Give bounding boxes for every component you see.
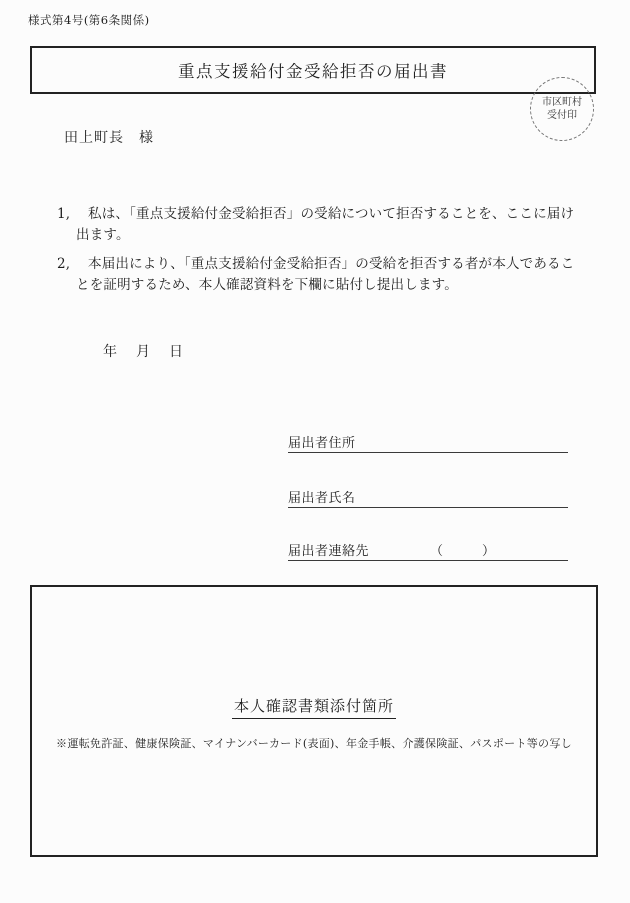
date-month-label: 月 [136,341,150,361]
clause-2-text: 本届出により、「重点支援給付金受給拒否」の受給を拒否する者が本人であるこ [88,254,574,275]
attachment-box: 本人確認書類添付箇所 ※運転免許証、健康保険証、マイナンバーカード(表面)、年金… [30,585,598,857]
clause-1-text: 私は、「重点支援給付金受給拒否」の受給について拒否することを、ここに届け [88,204,574,225]
declarant-contact-label: 届出者連絡先 [288,540,369,559]
declarant-name-label: 届出者氏名 [288,487,356,506]
title-box: 重点支援給付金受給拒否の届出書 [30,46,596,94]
clause-1-line-2: 出ます。 [57,225,575,246]
stamp-text-line2: 受付印 [547,109,577,122]
field-declarant-address: 届出者住所 [288,434,568,453]
clause-2: 2, 本届出により、「重点支援給付金受給拒否」の受給を拒否する者が本人であるこ … [57,254,575,296]
date-line: 年 月 日 [103,341,213,359]
date-day-label: 日 [169,341,183,361]
attachment-heading: 本人確認書類添付箇所 [232,695,396,719]
field-declarant-contact: 届出者連絡先 （ ） [288,542,568,561]
date-year-label: 年 [103,341,117,361]
attachment-note: ※運転免許証、健康保険証、マイナンバーカード(表面)、年金手帳、介護保険証、パス… [32,735,596,751]
reception-stamp-circle: 市区町村 受付印 [530,77,594,141]
clause-1-line-1: 1, 私は、「重点支援給付金受給拒否」の受給について拒否することを、ここに届け [57,204,575,225]
clause-2-line-2: とを証明するため、本人確認資料を下欄に貼付し提出します。 [57,275,575,296]
clause-2-marker: 2, [57,254,88,275]
clause-1-marker: 1, [57,204,88,225]
clause-2-line-1: 2, 本届出により、「重点支援給付金受給拒否」の受給を拒否する者が本人であるこ [57,254,575,275]
stamp-text-line1: 市区町村 [542,96,582,109]
attachment-heading-row: 本人確認書類添付箇所 [32,695,596,719]
clause-1: 1, 私は、「重点支援給付金受給拒否」の受給について拒否することを、ここに届け … [57,204,575,246]
document-page: { "doc": { "form_code": "様式第4号(第6条関係)", … [0,0,630,903]
declarant-address-label: 届出者住所 [288,432,356,451]
document-title: 重点支援給付金受給拒否の届出書 [178,58,448,82]
field-declarant-name: 届出者氏名 [288,489,568,508]
contact-phone-parentheses: （ ） [430,540,495,559]
form-code-label: 様式第4号(第6条関係) [28,12,150,28]
addressee-label: 田上町長 様 [64,127,154,147]
